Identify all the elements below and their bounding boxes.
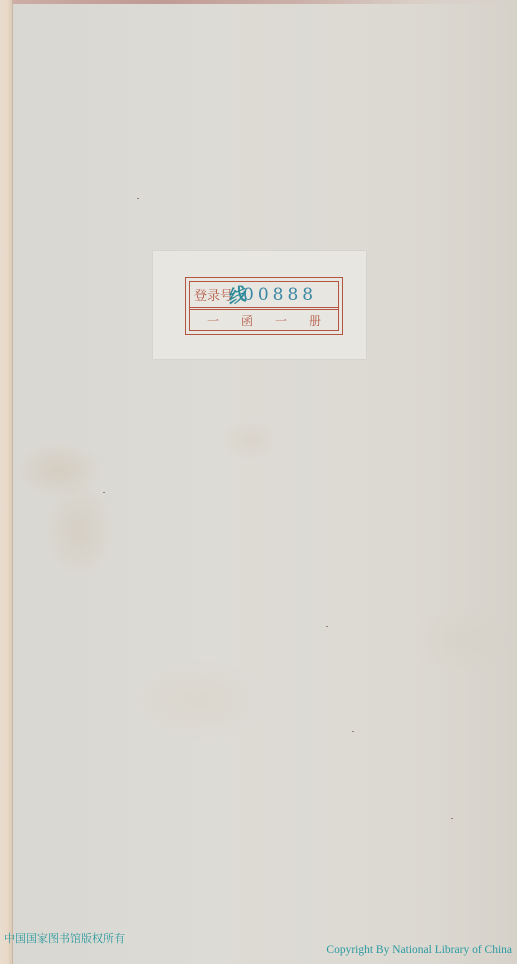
- copyright-watermark-english: Copyright By National Library of China: [326, 944, 512, 956]
- top-edge-binding: [0, 0, 517, 4]
- case-count: 一: [207, 312, 219, 329]
- book-cover: 登录号 线 00888 一 函 一 册 中国国家图书馆版权所有 Copyrigh…: [0, 0, 517, 964]
- paper-speck: [137, 198, 139, 199]
- paper-speck: [352, 731, 354, 732]
- volume-unit: 册: [309, 312, 321, 329]
- catalog-label-inner-frame: 登录号 线 00888 一 函 一 册: [189, 281, 339, 331]
- case-unit: 函: [241, 312, 253, 329]
- volume-count: 一: [275, 312, 287, 329]
- registration-number: 00888: [243, 285, 317, 305]
- copyright-watermark-chinese: 中国国家图书馆版权所有: [4, 930, 125, 946]
- spine-strip: [0, 0, 13, 964]
- catalog-label-frame: 登录号 线 00888 一 函 一 册: [185, 277, 343, 335]
- paper-speck: [326, 626, 328, 627]
- paper-speck: [103, 492, 105, 493]
- registration-row: 登录号 线 00888: [190, 282, 338, 308]
- paper-speck: [451, 818, 453, 819]
- volume-row: 一 函 一 册: [190, 310, 338, 330]
